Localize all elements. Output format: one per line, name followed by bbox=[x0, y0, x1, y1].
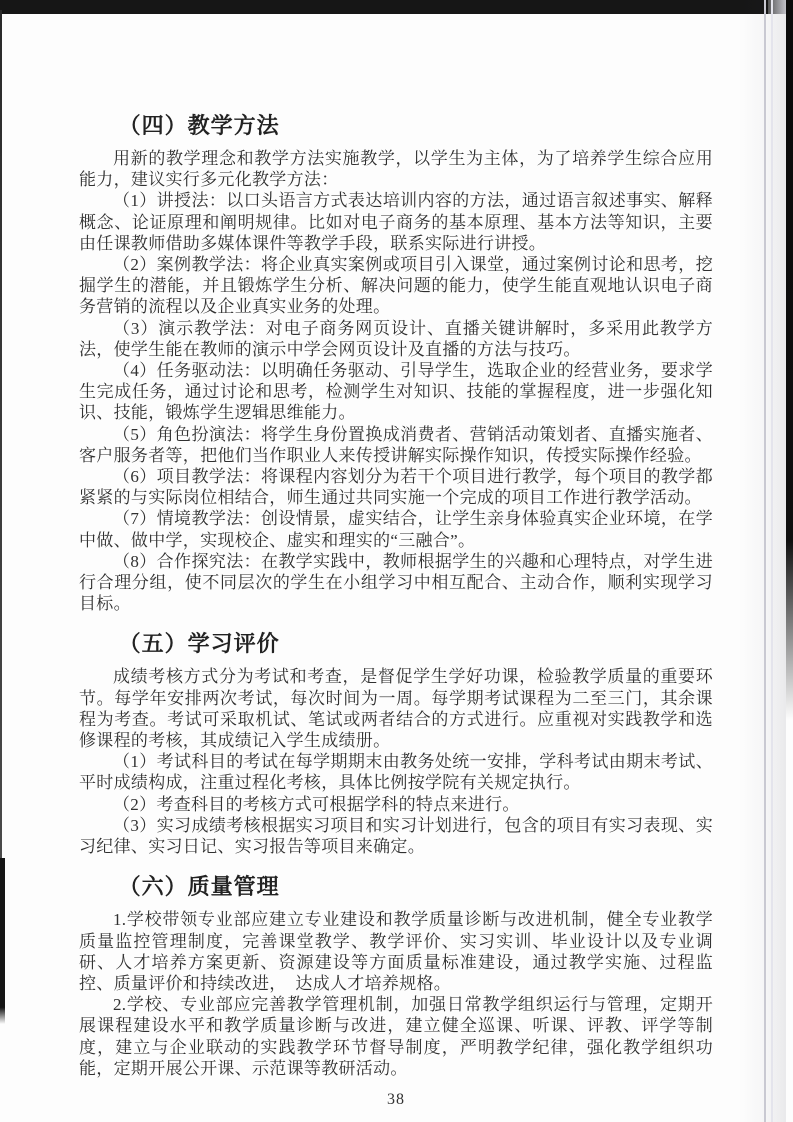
paragraph: （2）案例教学法：将企业真实案例或项目引入课堂，通过案例讨论和思考，挖掘学生的潜… bbox=[79, 254, 713, 318]
page-number: 38 bbox=[79, 1091, 713, 1109]
paragraph: （6）项目教学法：将课程内容划分为若干个项目进行教学，每个项目的教学都紧紧的与实… bbox=[79, 466, 713, 508]
paragraph: 2.学校、专业部应完善教学管理机制，加强日常教学组织运行与管理，定期开展课程建设… bbox=[79, 994, 713, 1079]
paragraph: 成绩考核方式分为考试和考查，是督促学生学好功课，检验教学质量的重要环节。每学年安… bbox=[79, 666, 713, 751]
heading-teaching-methods: （四）教学方法 bbox=[79, 112, 713, 140]
paragraph: （1）考试科目的考试在每学期期末由教务处统一安排，学科考试由期末考试、平时成绩构… bbox=[79, 751, 713, 793]
paragraph: （2）考查科目的考核方式可根据学科的特点来进行。 bbox=[79, 794, 713, 815]
paragraph: （4）任务驱动法：以明确任务驱动、引导学生，选取企业的经营业务，要求学生完成任务… bbox=[79, 360, 713, 424]
paragraph: （8）合作探究法：在教学实践中，教师根据学生的兴趣和心理特点，对学生进行合理分组… bbox=[79, 551, 713, 615]
document-page: （四）教学方法 用新的教学理念和教学方法实施教学，以学生为主体，为了培养学生综合… bbox=[0, 0, 793, 1122]
paragraph: 用新的教学理念和教学方法实施教学，以学生为主体，为了培养学生综合应用能力，建议实… bbox=[79, 148, 713, 190]
heading-learning-evaluation: （五）学习评价 bbox=[79, 630, 713, 658]
paragraph: （3）演示教学法：对电子商务网页设计、直播关键讲解时，多采用此教学方法，使学生能… bbox=[79, 318, 713, 360]
paragraph: （3）实习成绩考核根据实习项目和实习计划进行，包含的项目有实习表现、实习纪律、实… bbox=[79, 815, 713, 857]
paragraph: 1.学校带领专业部应建立专业建设和教学质量诊断与改进机制，健全专业教学质量监控管… bbox=[79, 909, 713, 994]
paragraph: （7）情境教学法：创设情景，虚实结合，让学生亲身体验真实企业环境，在学中做、做中… bbox=[79, 508, 713, 550]
paragraph: （1）讲授法：以口头语言方式表达培训内容的方法，通过语言叙述事实、解释概念、论证… bbox=[79, 190, 713, 254]
heading-quality-management: （六）质量管理 bbox=[79, 873, 713, 901]
paragraph: （5）角色扮演法：将学生身份置换成消费者、营销活动策划者、直播实施者、客户服务者… bbox=[79, 424, 713, 466]
